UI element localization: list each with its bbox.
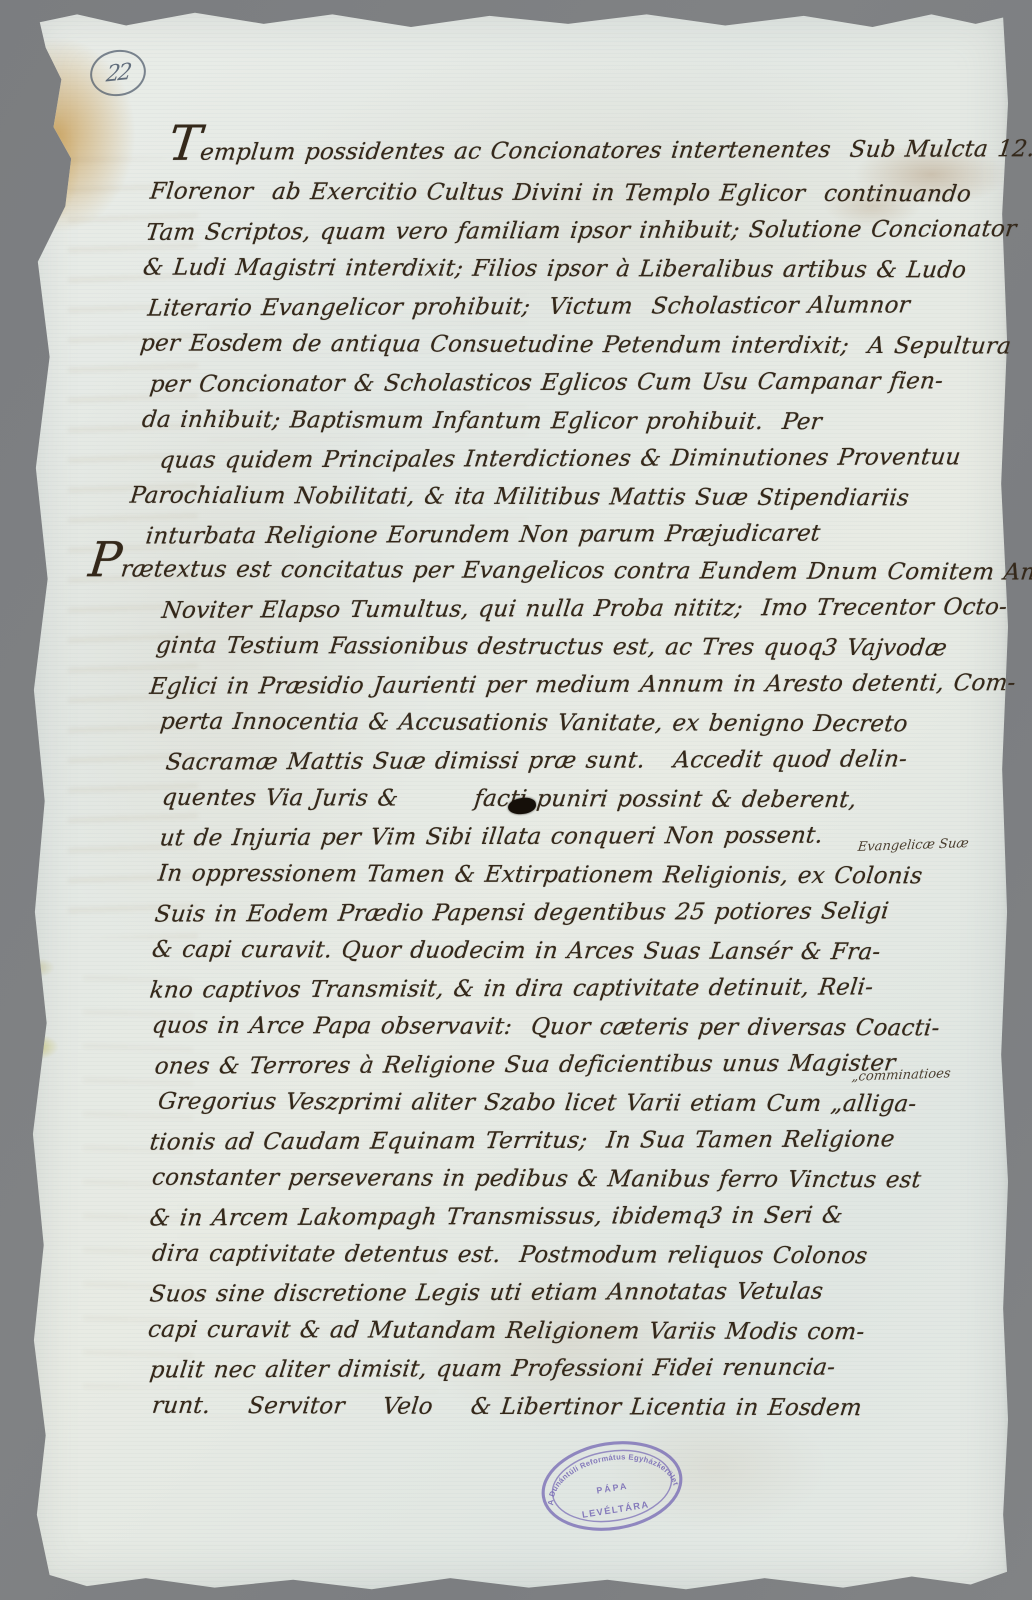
manuscript-line: Gregorius Veszprimi aliter Szabo licet V… [157, 1087, 919, 1120]
manuscript-interlinear-insertion: „comminatioes [851, 1066, 951, 1084]
manuscript-line: & capi curavit. Quor duodecim in Arces S… [151, 935, 883, 968]
manuscript-line: perta Innocentia & Accusationis Vanitate… [159, 707, 910, 740]
manuscript-line: quos in Arce Papa observavit: Quor cæter… [151, 1011, 942, 1044]
manuscript-line: Suis in Eodem Prædio Papensi degentibus … [153, 896, 890, 929]
stamp-archive-text: LEVÉLTÁRA [581, 1499, 650, 1520]
manuscript-line: dira captivitate detentus est. Postmodum… [151, 1239, 870, 1271]
manuscript-line: tionis ad Caudam Equinam Territus; In Su… [148, 1124, 896, 1157]
manuscript-line: Eglici in Præsidio Jaurienti per medium … [148, 668, 1017, 702]
manuscript-line: Templum possidentes ac Concionatores int… [166, 134, 1032, 168]
manuscript-line: quas quidem Principales Interdictiones &… [158, 442, 962, 475]
manuscript-line: Literario Evangelicor prohibuit; Victum … [146, 290, 912, 323]
manuscript-line: inturbata Religione Eorundem Non parum P… [144, 519, 822, 552]
manuscript-line: In oppressionem Tamen & Extirpationem Re… [157, 859, 924, 892]
manuscript-line: runt. Servitor Velo & Libertinor Licenti… [151, 1391, 864, 1423]
manuscript-line: da inhibuit; Baptismum Infantum Eglicor … [140, 405, 823, 437]
manuscript-line: constanter perseverans in pedibus & Mani… [151, 1163, 923, 1196]
scanned-manuscript-page: { "page": { "background_color": "#7d7f82… [0, 0, 1032, 1600]
svg-text:A Dunántúli Református Egyházk: A Dunántúli Református Egyházkerület [540, 1443, 681, 1507]
manuscript-line: per Eosdem de antiqua Consuetudine Peten… [139, 328, 1013, 361]
manuscript-line: Suos sine discretione Legis uti etiam An… [148, 1277, 825, 1310]
manuscript-line: Prætextus est concitatus per Evangelicos… [87, 554, 1032, 587]
stamp-city-text: PÁPA [596, 1481, 629, 1496]
manuscript-line: Parochialium Nobilitati, & ita Militibus… [129, 481, 911, 514]
manuscript-line: per Concionator & Scholasticos Eglicos C… [148, 366, 945, 399]
manuscript-line: pulit nec aliter dimisit, quam Professio… [148, 1353, 837, 1386]
manuscript-line: & in Arcem Lakompagh Transmissus, ibidem… [148, 1200, 845, 1233]
manuscript-line: Noviter Elapso Tumultus, qui nulla Proba… [160, 592, 1009, 626]
manuscript-line: & Ludi Magistri interdixit; Filios ipsor… [142, 253, 968, 286]
manuscript-line: Sacramæ Mattis Suæ dimissi præ sunt. Acc… [164, 744, 909, 777]
manuscript-line: kno captivos Transmisit, & in dira capti… [148, 972, 875, 1005]
manuscript-line: Tam Scriptos, quam vero familiam ipsor i… [144, 214, 1018, 248]
manuscript-line: Florenor ab Exercitio Cultus Divini in T… [149, 177, 973, 210]
stamp-arc-text: A Dunántúli Református Egyházkerület [540, 1443, 681, 1507]
manuscript-line: capi curavit & ad Mutandam Religionem Va… [147, 1315, 867, 1348]
manuscript-line: ones & Terrores à Religione Sua deficien… [153, 1048, 897, 1081]
manuscript-line: ginta Testium Fassionibus destructus est… [155, 631, 949, 664]
manuscript-line: ut de Injuria per Vim Sibi illata conque… [158, 821, 825, 854]
manuscript-interlinear-insertion: Evangelicæ Suæ [857, 836, 969, 855]
